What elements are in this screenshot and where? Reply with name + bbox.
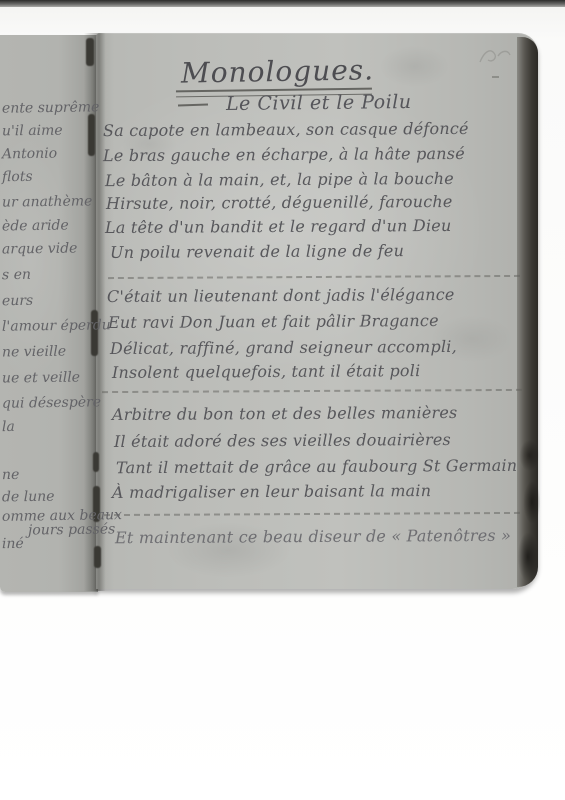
pencil-dot-mark: [492, 76, 499, 78]
page-fragment: arque vide: [2, 240, 78, 257]
poem-line: Il était adoré des ses vieilles douairiè…: [114, 430, 451, 451]
poem-line: Délicat, raffiné, grand seigneur accompl…: [110, 337, 457, 358]
poem-subtitle: Le Civil et le Poilu: [226, 91, 412, 115]
page-corner-scribble-icon: [478, 46, 514, 70]
poem-line: Le bras gauche en écharpe, à la hâte pan…: [103, 144, 465, 165]
poem-line: Un poilu revenait de la ligne de feu: [110, 241, 404, 262]
page-fragment: s en: [2, 267, 31, 283]
poem-line: La tête d'un bandit et le regard d'un Di…: [105, 216, 452, 237]
binding-stitch-icon: [93, 452, 99, 472]
binding-stitch-icon: [86, 38, 94, 66]
page-fragment: la: [2, 419, 15, 435]
page-fragment: flots: [2, 169, 33, 185]
page-fragment: u'il aime: [2, 123, 63, 140]
poem-line: Tant il mettait de grâce au faubourg St …: [116, 456, 517, 477]
poem-line: Et maintenant ce beau diseur de « Patenô…: [115, 526, 511, 547]
page-fragment: ente suprême: [2, 99, 100, 116]
poem-line: Le bâton à la main, et, la pipe à la bou…: [105, 169, 454, 190]
page-fragment: jours passés: [28, 521, 115, 538]
poem-line: Insolent quelquefois, tant il était poli: [112, 361, 420, 382]
scanner-top-edge: [0, 0, 565, 7]
page-fragment: ède aride: [2, 218, 69, 235]
page-fragment: ur anathème: [2, 193, 93, 210]
poem-line: Arbitre du bon ton et des belles manière…: [112, 403, 458, 424]
scanned-notebook-page: Monologues. Le Civil et le Poilu Sa capo…: [0, 0, 565, 800]
poem-line: C'était un lieutenant dont jadis l'éléga…: [107, 285, 455, 306]
page-fragment: ne vieille: [2, 344, 66, 361]
poem-line: Eut ravi Don Juan et fait pâlir Bragance: [108, 311, 439, 332]
page-title: Monologues.: [181, 53, 375, 89]
page-fragment: ue et veille: [2, 369, 80, 386]
poem-line: Hirsute, noir, crotté, déguenillé, farou…: [106, 192, 453, 213]
page-fragment: Antonio: [2, 146, 57, 163]
page-fragment: iné: [2, 536, 24, 552]
binding-stitch-icon: [88, 114, 95, 156]
page-fragment: de lune: [2, 489, 55, 506]
page-fragment: ne: [2, 467, 20, 483]
poem-line: À madrigaliser en leur baisant la main: [112, 481, 431, 502]
page-fragment: eurs: [2, 293, 33, 309]
page-fragment: l'amour éperdu: [2, 317, 111, 335]
page-fragment: qui désespère: [2, 394, 101, 411]
binding-stitch-icon: [94, 546, 101, 568]
poem-line: Sa capote en lambeaux, son casque défonc…: [103, 119, 469, 140]
